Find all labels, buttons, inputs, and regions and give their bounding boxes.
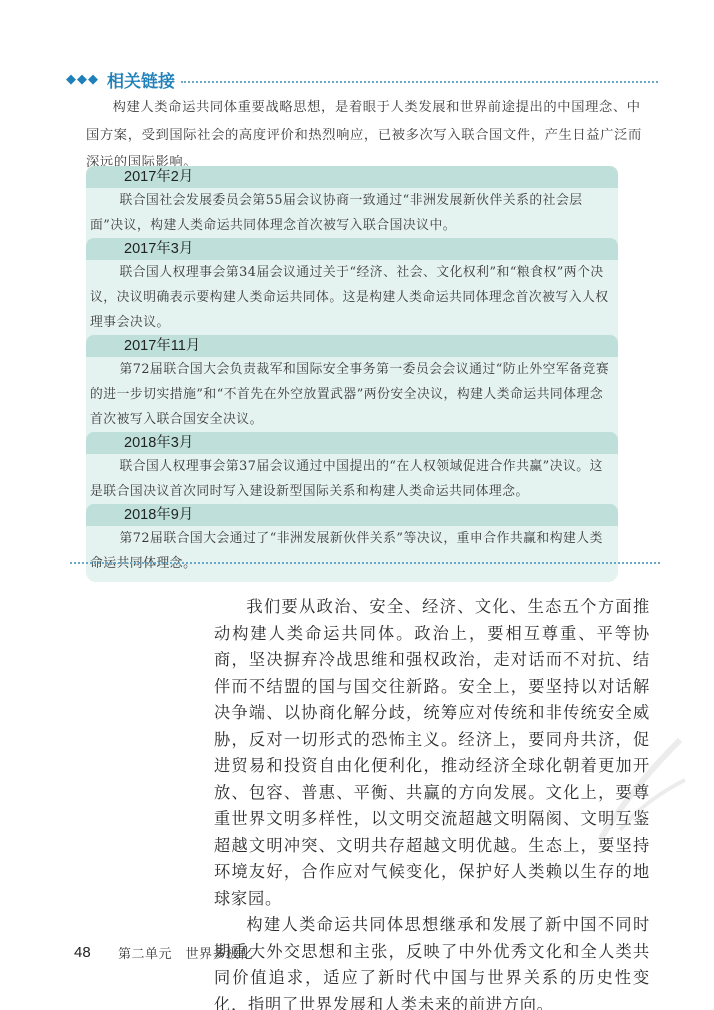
section-title: 相关链接: [107, 67, 175, 92]
entry-text: 联合国人权理事会第34届会议通过关于“经济、社会、文化权利”和“粮食权”两个决议…: [86, 260, 618, 335]
dotted-divider: [181, 81, 658, 83]
body-paragraph: 我们要从政治、安全、经济、文化、生态五个方面推动构建人类命运共同体。政治上，要相…: [214, 594, 650, 912]
body-paragraph: 构建人类命运共同体思想继承和发展了新中国不同时期重大外交思想和主张，反映了中外优…: [214, 912, 650, 1010]
entry-text: 第72届联合国大会负责裁军和国际安全事务第一委员会会议通过“防止外空军备竞赛的进…: [86, 357, 618, 432]
entry-date: 2017年2月: [86, 166, 618, 188]
three-diamonds-icon: ◆◆◆: [66, 72, 99, 87]
timeline-entry: 2017年2月 联合国社会发展委员会第55届会议协商一致通过“非洲发展新伙伴关系…: [86, 166, 618, 238]
main-text: 我们要从政治、安全、经济、文化、生态五个方面推动构建人类命运共同体。政治上，要相…: [214, 594, 650, 1010]
timeline-entry: 2018年3月 联合国人权理事会第37届会议通过中国提出的“在人权领域促进合作共…: [86, 432, 618, 504]
page-footer: 48 第二单元 世界多极化: [74, 943, 253, 962]
entry-text: 联合国社会发展委员会第55届会议协商一致通过“非洲发展新伙伴关系的社会层面”决议…: [86, 188, 618, 238]
entry-date: 2018年9月: [86, 504, 618, 526]
timeline-entry: 2018年9月 第72届联合国大会通过了“非洲发展新伙伴关系”等决议，重申合作共…: [86, 504, 618, 582]
intro-paragraph: 构建人类命运共同体重要战略思想，是着眼于人类发展和世界前途提出的中国理念、中国方…: [86, 94, 652, 177]
related-links-header: ◆◆◆ 相关链接: [66, 68, 658, 90]
entry-text: 第72届联合国大会通过了“非洲发展新伙伴关系”等决议，重申合作共赢和构建人类命运…: [86, 526, 618, 576]
dotted-divider-bottom: [70, 562, 660, 564]
entry-date: 2017年11月: [86, 335, 618, 357]
entry-text: 联合国人权理事会第37届会议通过中国提出的“在人权领域促进合作共赢”决议。这是联…: [86, 454, 618, 504]
watermark-decoration-icon: [590, 730, 690, 850]
timeline-box: 2017年2月 联合国社会发展委员会第55届会议协商一致通过“非洲发展新伙伴关系…: [86, 166, 618, 582]
unit-title: 第二单元 世界多极化: [118, 943, 253, 962]
page-number: 48: [74, 944, 118, 961]
timeline-entry: 2017年3月 联合国人权理事会第34届会议通过关于“经济、社会、文化权利”和“…: [86, 238, 618, 335]
entry-date: 2018年3月: [86, 432, 618, 454]
timeline-entry: 2017年11月 第72届联合国大会负责裁军和国际安全事务第一委员会会议通过“防…: [86, 335, 618, 432]
entry-date: 2017年3月: [86, 238, 618, 260]
